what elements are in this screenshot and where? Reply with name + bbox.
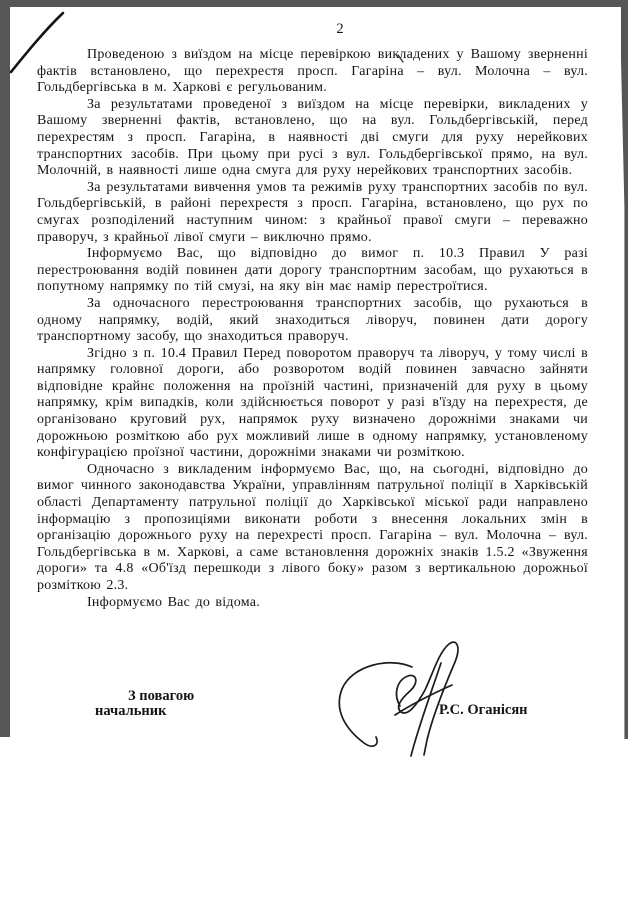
paragraph-4: Інформуємо Вас, що відповідно до вимог п…: [37, 246, 588, 296]
page-number: 2: [0, 21, 628, 38]
scan-border-left: [0, 0, 10, 737]
paragraph-3: За результатами вивчення умов та режимів…: [37, 180, 588, 246]
paragraph-8: Інформуємо Вас до відома.: [37, 595, 588, 612]
closing-job-title: начальник: [95, 703, 166, 720]
signature-scribble: [300, 633, 470, 763]
paragraph-5: За одночасного перестроювання транспортн…: [37, 296, 588, 346]
closing-signer-name: Р.С. Оганісян: [439, 702, 528, 719]
scan-border-top: [0, 0, 628, 7]
scan-border-right: [620, 0, 628, 739]
scanned-letter-page: 2 Проведеною з виїздом на місце перевірк…: [0, 0, 628, 900]
paragraph-6: Згідно з п. 10.4 Правил Перед поворотом …: [37, 346, 588, 462]
paragraph-7: Одночасно з викладеним інформуємо Вас, щ…: [37, 462, 588, 595]
paragraph-1: Проведеною з виїздом на місце перевіркою…: [37, 47, 588, 97]
paragraph-2: За результатами проведеної з виїздом на …: [37, 97, 588, 180]
letter-body: Проведеною з виїздом на місце перевіркою…: [37, 47, 588, 611]
